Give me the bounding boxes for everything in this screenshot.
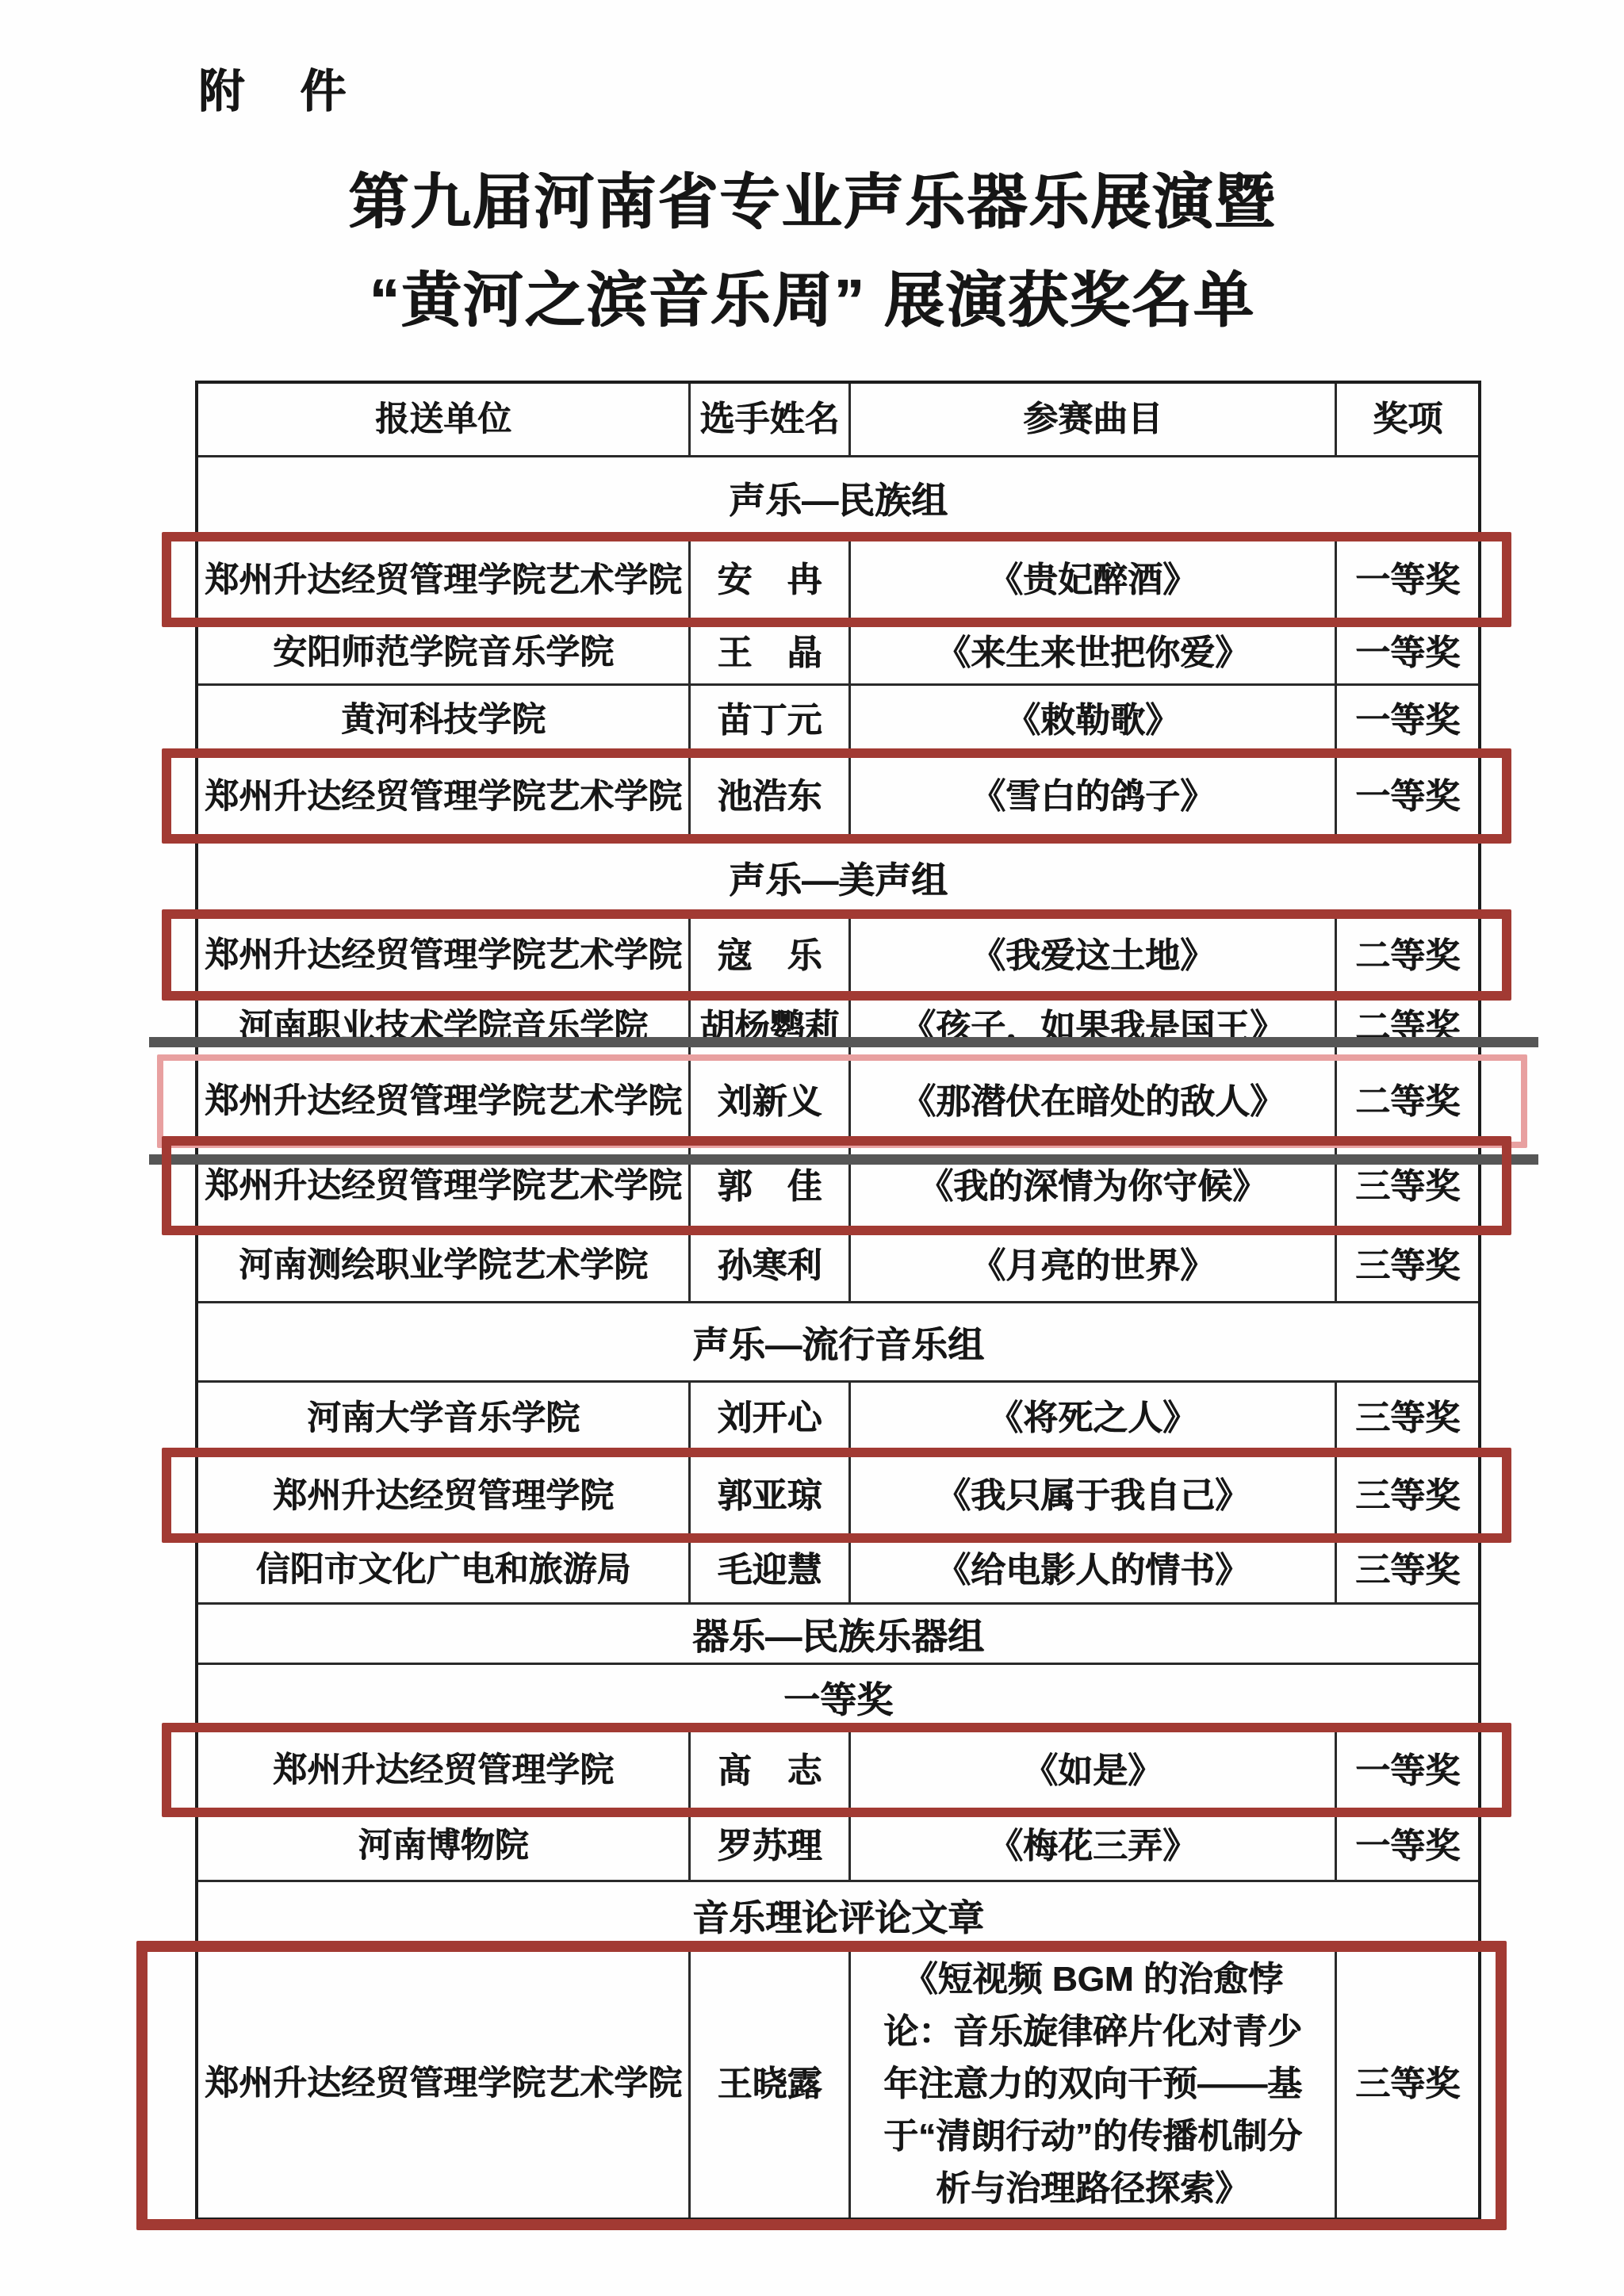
cell-award: 一等奖 [1335,622,1478,683]
cell-piece-title: 《给电影人的情书》 [848,1538,1335,1602]
table-row: 郑州升达经贸管理学院艺术学院 刘新义 《那潜伏在暗处的敌人》 二等奖 [198,1058,1478,1142]
table-row: 郑州升达经贸管理学院 郭亚琼 《我只属于我自己》 三等奖 [198,1454,1478,1536]
table-row: 河南测绘职业学院艺术学院 孙寒利 《月亮的世界》 三等奖 [198,1228,1478,1301]
table-row: 河南博物院 罗苏理 《梅花三弄》 一等奖 [198,1810,1478,1880]
cell-award: 三等奖 [1335,1383,1478,1454]
cell-award: 三等奖 [1335,1145,1478,1228]
header-cell-piece: 参赛曲目 [848,384,1335,455]
section-header-row: 一等奖 [198,1663,1478,1729]
section-label: 一等奖 [198,1671,1478,1724]
cell-unit: 黄河科技学院 [198,686,688,755]
cell-piece-title: 《我只属于我自己》 [848,1456,1335,1536]
cell-unit: 河南职业技术学院音乐学院 [198,996,688,1058]
cell-piece-title: 《来生来世把你爱》 [848,622,1335,683]
cell-contestant-name: 郭 佳 [688,1145,848,1228]
table-row: 信阳市文化广电和旅游局 毛迎慧 《给电影人的情书》 三等奖 [198,1536,1478,1602]
cell-contestant-name: 孙寒利 [688,1230,848,1301]
section-label: 音乐理论评论文章 [198,1889,1478,1942]
cell-award: 三等奖 [1335,1230,1478,1301]
cell-piece-title: 《我的深情为你守候》 [848,1145,1335,1228]
cell-award: 一等奖 [1335,1732,1478,1810]
cell-unit: 郑州升达经贸管理学院艺术学院 [198,1145,688,1228]
cell-unit: 郑州升达经贸管理学院 [198,1732,688,1810]
table-row: 黄河科技学院 苗丁元 《敕勒歌》 一等奖 [198,683,1478,755]
header-cell-unit: 报送单位 [198,384,688,455]
cell-piece-title: 《如是》 [848,1732,1335,1810]
cell-unit: 河南测绘职业学院艺术学院 [198,1230,688,1301]
cell-piece-title: 《贵妃醉酒》 [848,541,1335,620]
cell-award: 一等奖 [1335,1812,1478,1880]
cell-unit: 河南博物院 [198,1812,688,1880]
cell-contestant-name: 郭亚琼 [688,1456,848,1536]
document-title-line2: “黄河之滨音乐周” 展演获奖名单 [0,252,1624,339]
section-header-row: 声乐—民族组 [198,455,1478,538]
cell-unit: 郑州升达经贸管理学院艺术学院 [198,1061,688,1142]
cell-award: 三等奖 [1335,1456,1478,1536]
cell-contestant-name: 王 晶 [688,622,848,683]
cell-contestant-name: 罗苏理 [688,1812,848,1880]
table-row: 河南职业技术学院音乐学院 胡杨鹦莉 《孩子，如果我是国王》 二等奖 [198,993,1478,1058]
cell-unit: 安阳师范学院音乐学院 [198,622,688,683]
cell-piece-title: 《梅花三弄》 [848,1812,1335,1880]
section-label: 声乐—美声组 [198,851,1478,904]
table-row: 郑州升达经贸管理学院艺术学院 安 冉 《贵妃醉酒》 一等奖 [198,538,1478,620]
cell-piece-title: 《短视频 BGM 的治愈悖论：音乐旋律碎片化对青少年注意力的双向干预——基于“清… [848,1950,1335,2218]
scanned-document-page: 附 件 第九届河南省专业声乐器乐展演暨 “黄河之滨音乐周” 展演获奖名单 报送单… [0,0,1624,2296]
cell-piece-title: 《我爱这土地》 [848,918,1335,993]
cell-award: 一等奖 [1335,757,1478,836]
table-row: 郑州升达经贸管理学院艺术学院 池浩东 《雪白的鸽子》 一等奖 [198,755,1478,836]
cell-award: 二等奖 [1335,1061,1478,1142]
section-header-row: 声乐—流行音乐组 [198,1301,1478,1380]
cell-contestant-name: 王晓露 [688,1950,848,2218]
table-row: 郑州升达经贸管理学院 髙 志 《如是》 一等奖 [198,1729,1478,1810]
table-header-row: 报送单位 选手姓名 参赛曲目 奖项 [198,384,1478,455]
cell-award: 三等奖 [1335,1538,1478,1602]
cell-piece-title: 《敕勒歌》 [848,686,1335,755]
cell-award: 三等奖 [1335,1950,1478,2218]
section-header-row: 声乐—美声组 [198,836,1478,916]
section-label: 器乐—民族乐器组 [198,1608,1478,1660]
cell-contestant-name: 寇 乐 [688,918,848,993]
cell-unit: 郑州升达经贸管理学院艺术学院 [198,541,688,620]
cell-piece-title: 《将死之人》 [848,1383,1335,1454]
cell-contestant-name: 刘新义 [688,1061,848,1142]
section-label: 声乐—民族组 [198,472,1478,524]
cell-contestant-name: 毛迎慧 [688,1538,848,1602]
cell-unit: 郑州升达经贸管理学院 [198,1456,688,1536]
cell-award: 二等奖 [1335,996,1478,1058]
section-header-row: 器乐—民族乐器组 [198,1602,1478,1663]
cell-contestant-name: 髙 志 [688,1732,848,1810]
cell-contestant-name: 刘开心 [688,1383,848,1454]
cell-contestant-name: 胡杨鹦莉 [688,996,848,1058]
section-label: 声乐—流行音乐组 [198,1316,1478,1368]
cell-piece-title: 《月亮的世界》 [848,1230,1335,1301]
table-row: 郑州升达经贸管理学院艺术学院 寇 乐 《我爱这土地》 二等奖 [198,916,1478,993]
cell-unit: 河南大学音乐学院 [198,1383,688,1454]
cell-contestant-name: 安 冉 [688,541,848,620]
cell-contestant-name: 池浩东 [688,757,848,836]
attachment-label: 附 件 [198,54,350,121]
table-row: 安阳师范学院音乐学院 王 晶 《来生来世把你爱》 一等奖 [198,620,1478,683]
cell-piece-title: 《那潜伏在暗处的敌人》 [848,1061,1335,1142]
cell-piece-title: 《孩子，如果我是国王》 [848,996,1335,1058]
header-cell-award: 奖项 [1335,384,1478,455]
cell-unit: 郑州升达经贸管理学院艺术学院 [198,1950,688,2218]
cell-award: 一等奖 [1335,541,1478,620]
header-cell-name: 选手姓名 [688,384,848,455]
table-row: 河南大学音乐学院 刘开心 《将死之人》 三等奖 [198,1380,1478,1454]
table-row: 郑州升达经贸管理学院艺术学院 郭 佳 《我的深情为你守候》 三等奖 [198,1142,1478,1228]
cell-unit: 郑州升达经贸管理学院艺术学院 [198,757,688,836]
table-row: 郑州升达经贸管理学院艺术学院 王晓露 《短视频 BGM 的治愈悖论：音乐旋律碎片… [198,1948,1478,2218]
awards-table: 报送单位 选手姓名 参赛曲目 奖项 声乐—民族组 郑州升达经贸管理学院艺术学院 … [195,381,1481,2221]
section-header-row: 音乐理论评论文章 [198,1880,1478,1948]
cell-contestant-name: 苗丁元 [688,686,848,755]
cell-piece-title: 《雪白的鸽子》 [848,757,1335,836]
cell-unit: 信阳市文化广电和旅游局 [198,1538,688,1602]
cell-award: 一等奖 [1335,686,1478,755]
cell-award: 二等奖 [1335,918,1478,993]
document-title-line1: 第九届河南省专业声乐器乐展演暨 [0,154,1624,240]
cell-unit: 郑州升达经贸管理学院艺术学院 [198,918,688,993]
